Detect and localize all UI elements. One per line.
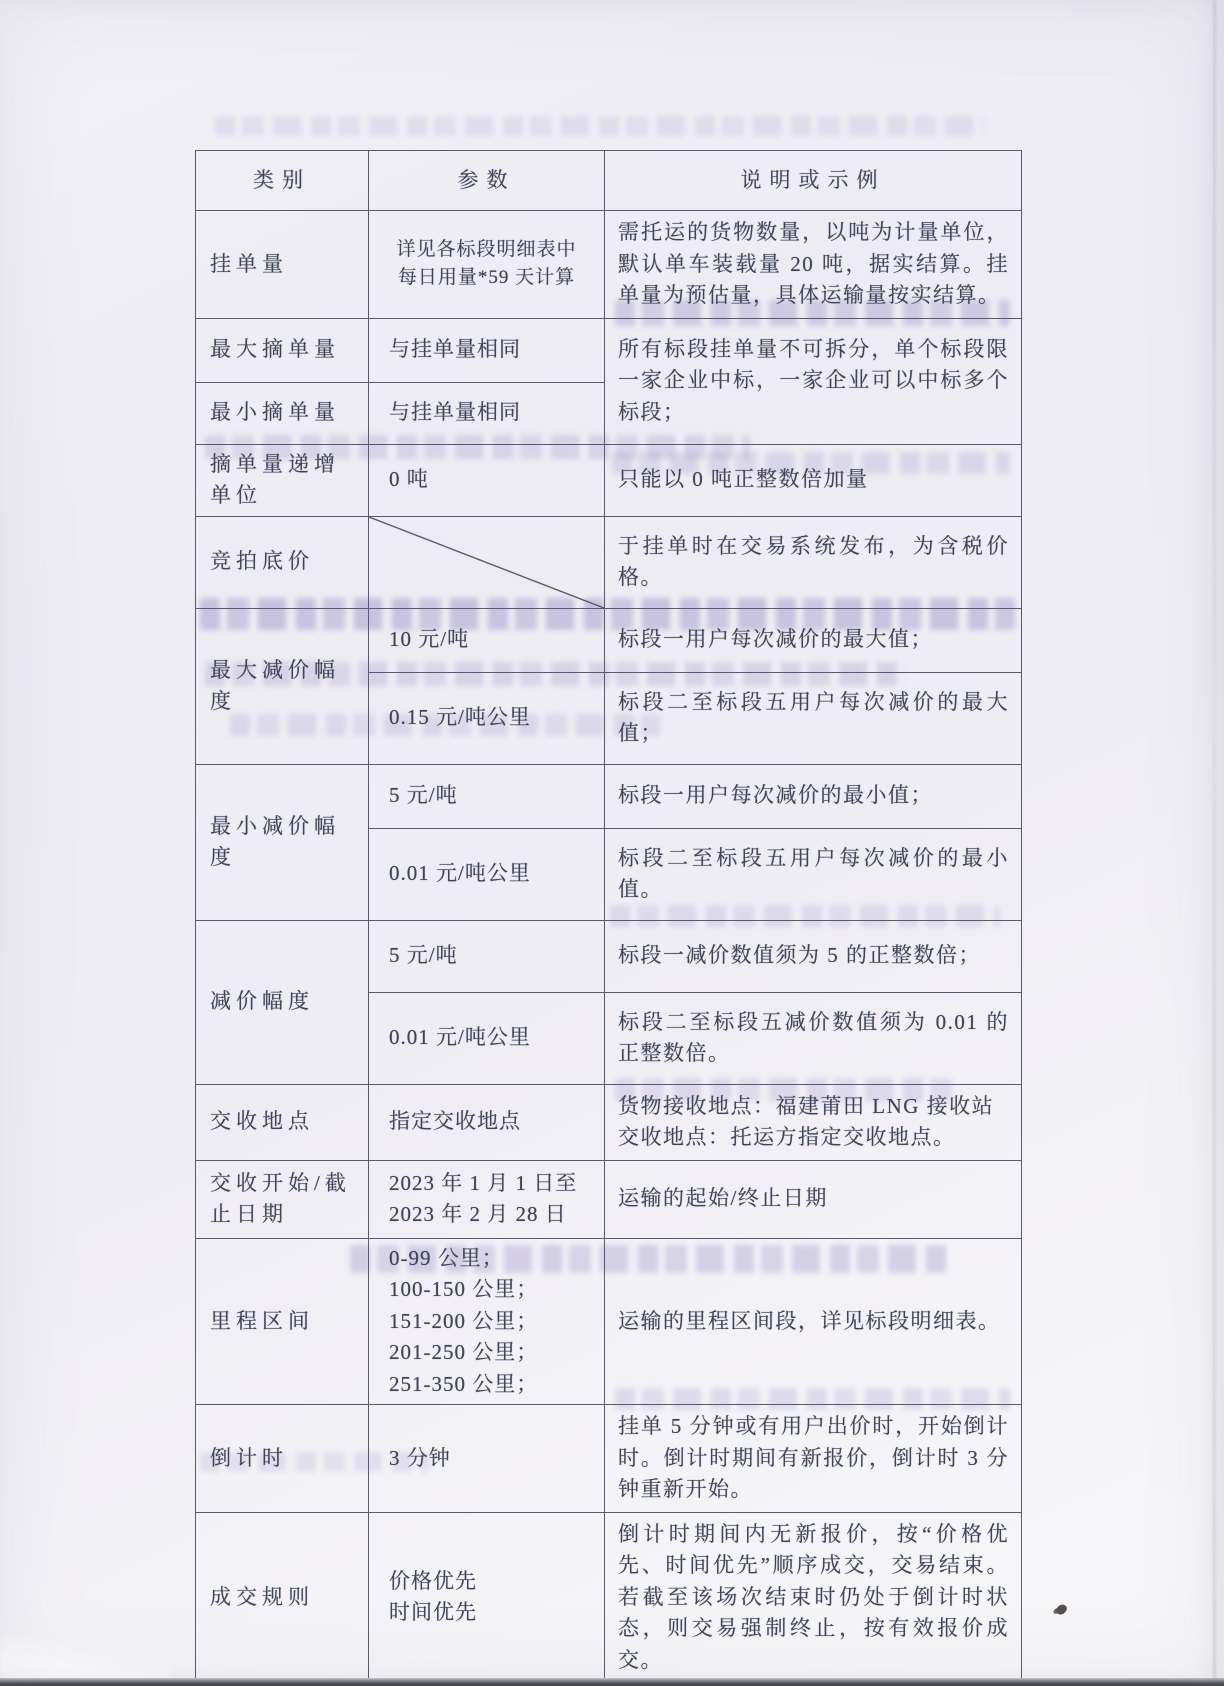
table-row: 交收地点 指定交收地点 货物接收地点：福建莆田 LNG 接收站 交收地点：托运方… [196, 1084, 1022, 1160]
category-cell: 减价幅度 [196, 920, 369, 1084]
desc-cell: 标段二至标段五用户每次减价的最大值； [605, 672, 1022, 764]
desc-cell: 倒计时期间内无新报价，按“价格优先、时间优先”顺序成交，交易结束。若截至该场次结… [605, 1512, 1022, 1683]
table-row: 摘单量递增单位 0 吨 只能以 0 吨正整数倍加量 [196, 444, 1022, 516]
category-cell: 倒计时 [196, 1405, 369, 1513]
param-cell: 5 元/吨 [369, 764, 605, 828]
param-cell: 0.01 元/吨公里 [369, 828, 605, 920]
category-cell: 里程区间 [196, 1238, 369, 1405]
desc-cell: 货物接收地点：福建莆田 LNG 接收站 交收地点：托运方指定交收地点。 [605, 1084, 1022, 1160]
table-row: 最小减价幅度 5 元/吨 标段一用户每次减价的最小值； [196, 764, 1022, 828]
table-row: 最大减价幅度 10 元/吨 标段一用户每次减价的最大值； [196, 608, 1022, 672]
scan-edge [1213, 0, 1216, 1686]
category-cell: 最小减价幅度 [196, 764, 369, 920]
param-cell: 0.15 元/吨公里 [369, 672, 605, 764]
param-cell: 详见各标段明细表中 每日用量*59 天计算 [369, 211, 605, 319]
param-cell: 2023 年 1 月 1 日至 2023 年 2 月 28 日 [369, 1160, 605, 1238]
category-cell: 成交规则 [196, 1512, 369, 1683]
table-row: 里程区间 0-99 公里； 100-150 公里； 151-200 公里； 20… [196, 1238, 1022, 1405]
desc-cell: 标段一用户每次减价的最小值； [605, 764, 1022, 828]
header-parameter: 参数 [369, 151, 605, 211]
desc-cell: 运输的起始/终止日期 [605, 1160, 1022, 1238]
desc-cell: 标段二至标段五用户每次减价的最小值。 [605, 828, 1022, 920]
scan-corner-shadow [0, 1634, 170, 1680]
table-row: 交收开始/截止日期 2023 年 1 月 1 日至 2023 年 2 月 28 … [196, 1160, 1022, 1238]
param-cell: 指定交收地点 [369, 1084, 605, 1160]
header-category: 类别 [196, 151, 369, 211]
param-cell: 10 元/吨 [369, 608, 605, 672]
desc-cell: 标段二至标段五减价数值须为 0.01 的正整数倍。 [605, 992, 1022, 1084]
param-cell: 5 元/吨 [369, 920, 605, 992]
desc-cell: 运输的里程区间段，详见标段明细表。 [605, 1238, 1022, 1405]
category-cell: 最小摘单量 [196, 382, 369, 444]
table-row: 成交规则 价格优先 时间优先 倒计时期间内无新报价，按“价格优先、时间优先”顺序… [196, 1512, 1022, 1683]
param-cell: 0.01 元/吨公里 [369, 992, 605, 1084]
header-description: 说明或示例 [605, 151, 1022, 211]
desc-cell: 所有标段挂单量不可拆分，单个标段限一家企业中标，一家企业可以中标多个标段； [605, 318, 1022, 444]
desc-cell: 于挂单时在交易系统发布，为含税价格。 [605, 516, 1022, 608]
ink-speck [1055, 1602, 1069, 1616]
table-row: 最大摘单量 与挂单量相同 所有标段挂单量不可拆分，单个标段限一家企业中标，一家企… [196, 318, 1022, 382]
param-cell: 与挂单量相同 [369, 318, 605, 382]
category-cell: 竞拍底价 [196, 516, 369, 608]
desc-cell: 挂单 5 分钟或有用户出价时，开始倒计时。倒计时期间有新报价，倒计时 3 分钟重… [605, 1405, 1022, 1513]
param-cell: 与挂单量相同 [369, 382, 605, 444]
param-cell: 价格优先 时间优先 [369, 1512, 605, 1683]
desc-cell: 需托运的货物数量，以吨为计量单位，默认单车装载量 20 吨，据实结算。挂单量为预… [605, 211, 1022, 319]
category-cell: 交收地点 [196, 1084, 369, 1160]
table-header-row: 类别 参数 说明或示例 [196, 151, 1022, 211]
category-cell: 交收开始/截止日期 [196, 1160, 369, 1238]
param-cell: 0-99 公里； 100-150 公里； 151-200 公里； 201-250… [369, 1238, 605, 1405]
diagonal-strikethrough [369, 517, 604, 608]
table-row: 挂单量 详见各标段明细表中 每日用量*59 天计算 需托运的货物数量，以吨为计量… [196, 211, 1022, 319]
scan-edge [0, 1678, 1224, 1686]
bleedthrough-artifact [215, 116, 985, 136]
category-cell: 最大摘单量 [196, 318, 369, 382]
param-cell: 0 吨 [369, 444, 605, 516]
desc-cell: 标段一减价数值须为 5 的正整数倍； [605, 920, 1022, 992]
table-row: 竞拍底价 于挂单时在交易系统发布，为含税价格。 [196, 516, 1022, 608]
table-row: 倒计时 3 分钟 挂单 5 分钟或有用户出价时，开始倒计时。倒计时期间有新报价，… [196, 1405, 1022, 1513]
category-cell: 摘单量递增单位 [196, 444, 369, 516]
scanned-document-page: { "page": { "type": "扫描文件（参数说明表）", "colo… [0, 0, 1224, 1686]
parameters-table: 类别 参数 说明或示例 挂单量 详见各标段明细表中 每日用量*59 天计算 需托… [195, 150, 1022, 1683]
category-cell: 挂单量 [196, 211, 369, 319]
desc-cell: 标段一用户每次减价的最大值； [605, 608, 1022, 672]
table-row: 减价幅度 5 元/吨 标段一减价数值须为 5 的正整数倍； [196, 920, 1022, 992]
desc-cell: 只能以 0 吨正整数倍加量 [605, 444, 1022, 516]
param-cell-empty [369, 516, 605, 608]
param-cell: 3 分钟 [369, 1405, 605, 1513]
category-cell: 最大减价幅度 [196, 608, 369, 764]
